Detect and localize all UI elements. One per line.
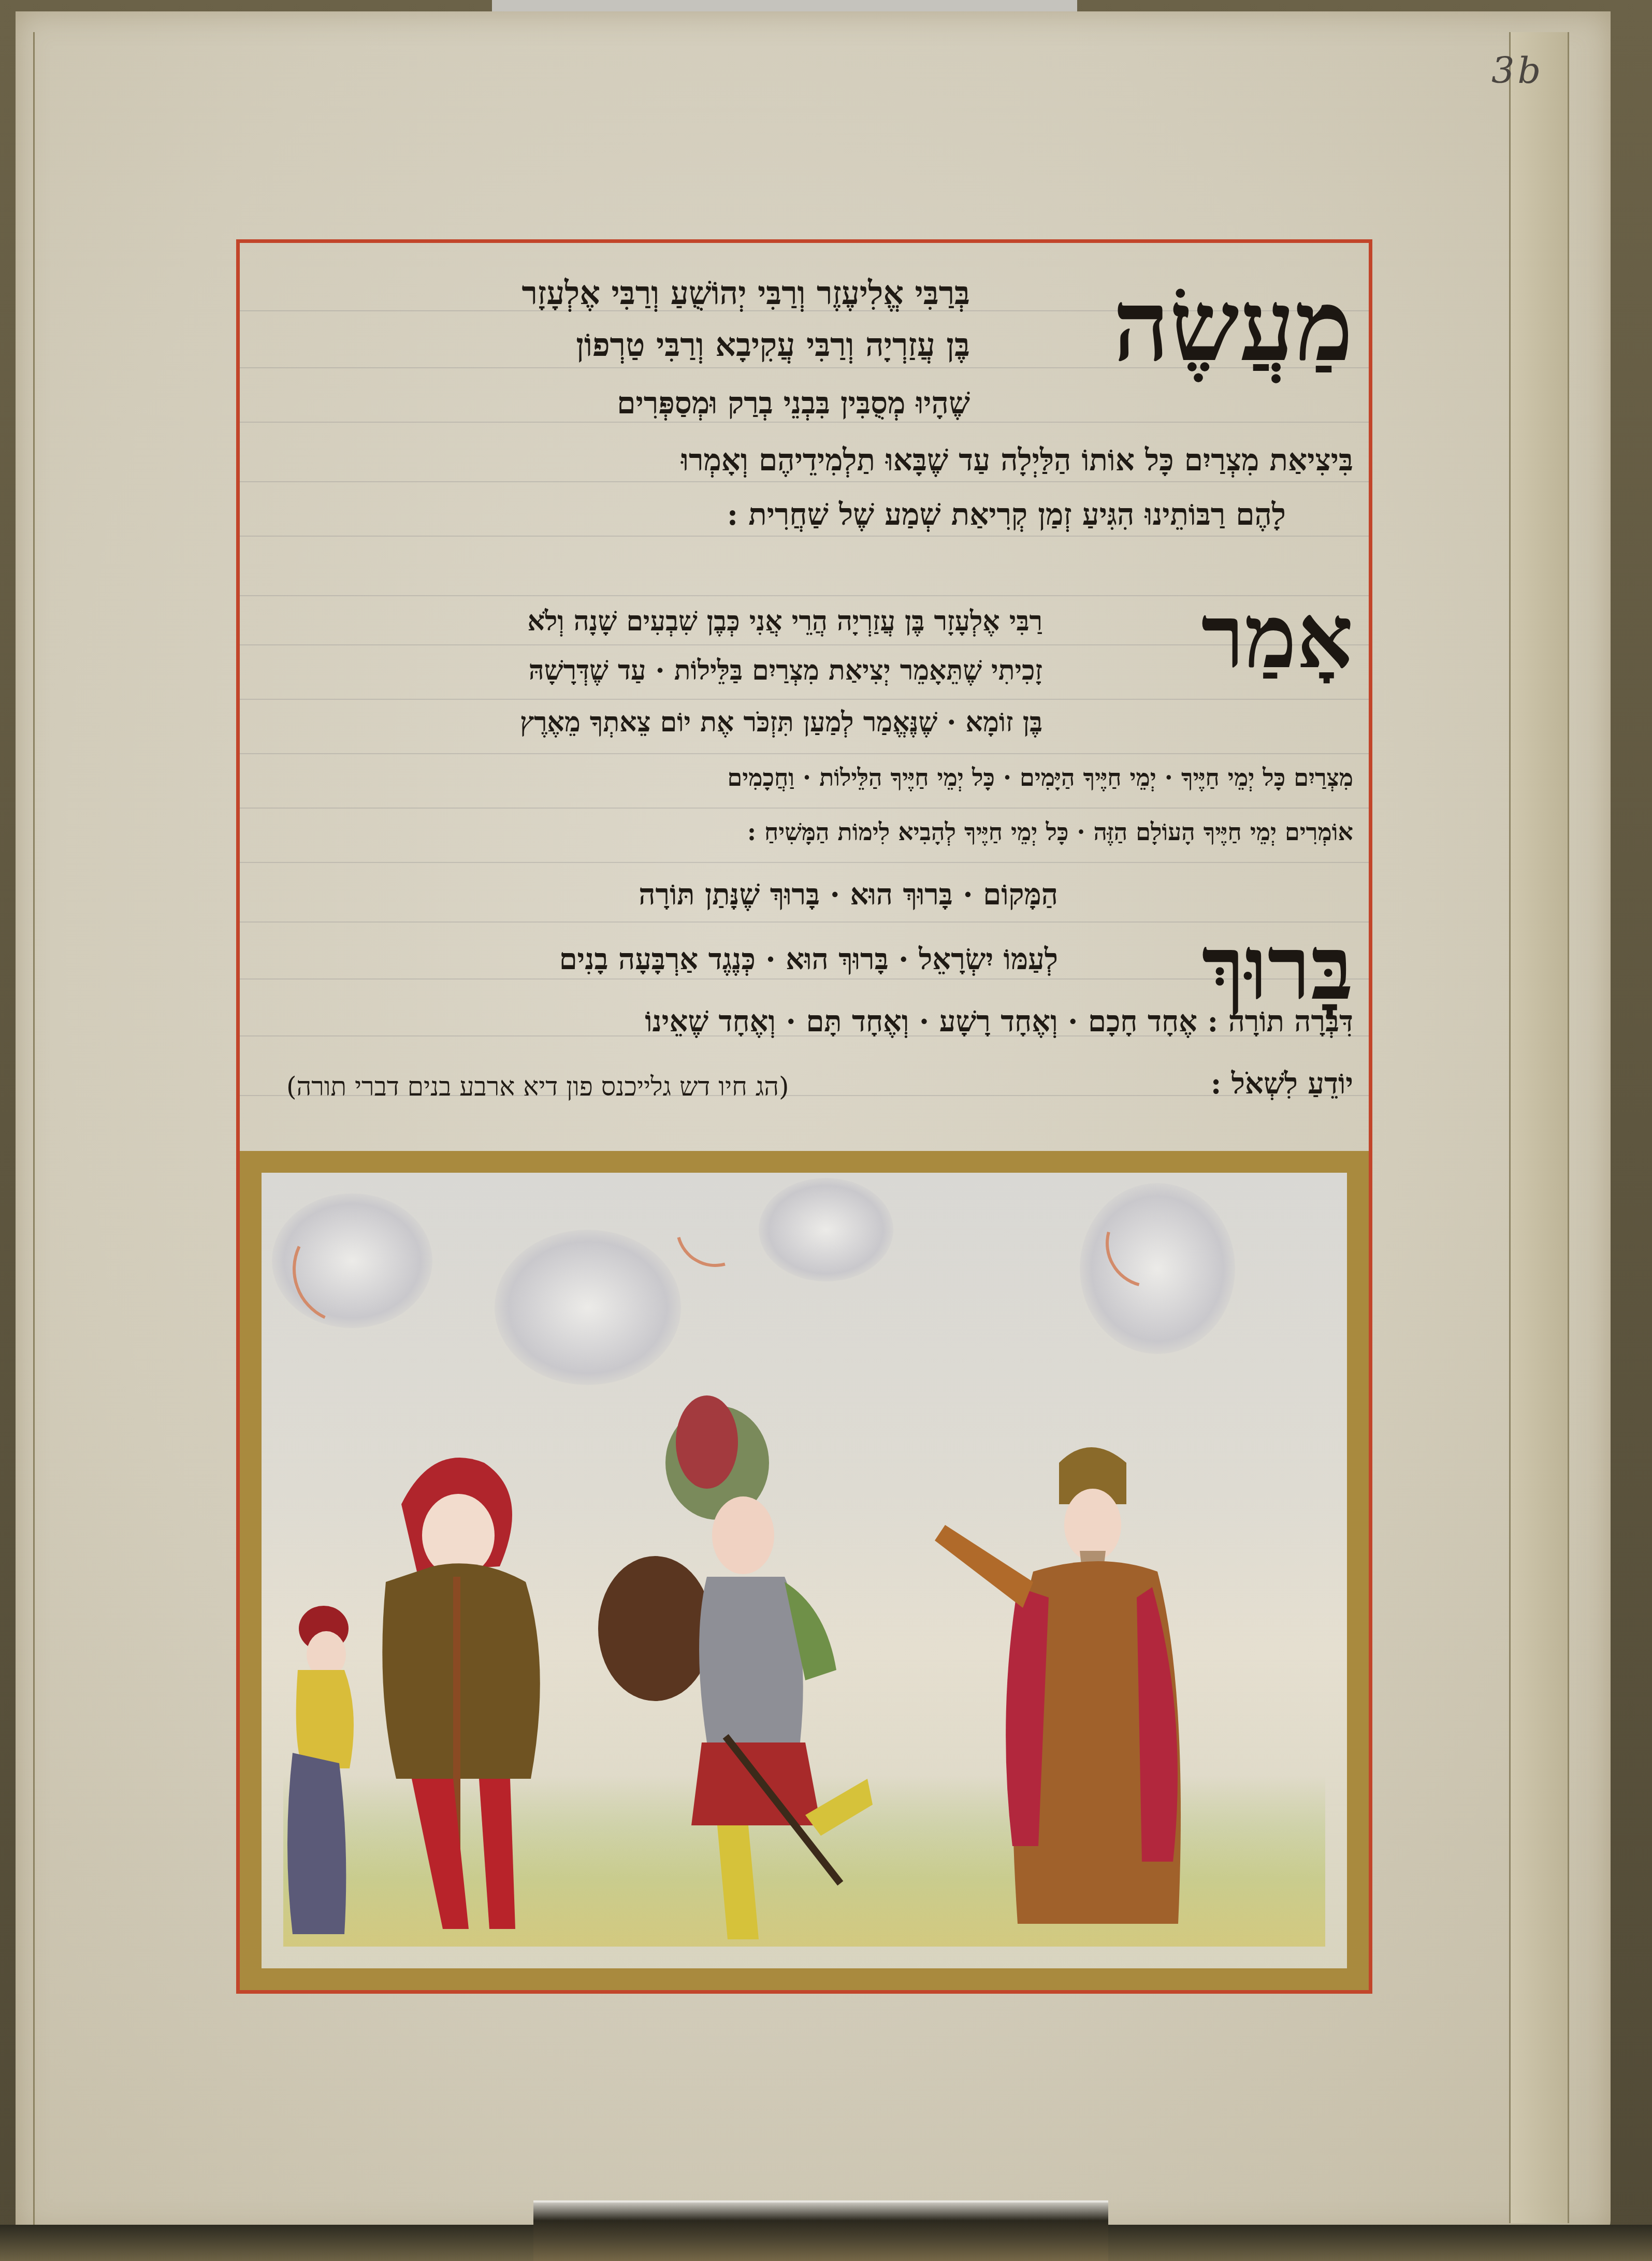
soldier-figure — [598, 1395, 873, 1939]
illustration-four-sons — [236, 1151, 1372, 1994]
figures-scene — [262, 1173, 1347, 1968]
text-line: בִּיצִיאַת מִצְרַיִם כָּל אוֹתוֹ הַלַּיְ… — [681, 442, 1353, 478]
initial-word-amar: אָמַר — [1201, 580, 1353, 694]
text-block: מַעֲשֶׂה אָמַר בָּרוּךְ בְּרַבִּי אֱלִיע… — [236, 239, 1372, 1160]
folio-number: 3b — [1491, 49, 1544, 92]
text-line: זָכִיתִי שֶׁתֵּאָמֵר יְצִיאַת מִצְרַיִם … — [529, 655, 1042, 686]
child-figure — [287, 1606, 354, 1934]
page-edge — [1509, 32, 1569, 2223]
gold-frame — [240, 1151, 1369, 1990]
initial-word-maaseh: מַעֲשֶׂה — [1113, 264, 1353, 388]
text-line: דִּבְּרָה תוֹרָה : אֶחָד חָכָם · וְאֶחָד… — [645, 1004, 1353, 1039]
text-line: בֶּן זוֹמָא · שֶׁנֶּאֱמַר לְמַעַן תִּזְכ… — [520, 707, 1042, 738]
text-line: יוֹדֵעַ לִשְׁאֹל : — [1211, 1067, 1353, 1101]
caption-line: (הג חיו דש גלייכנס פון דיא ארבע בנים דבר… — [286, 1072, 789, 1102]
text-line: לְעַמּוֹ יִשְׂרָאֵל · בָּרוּךְ הוּא · כְ… — [559, 942, 1058, 976]
youth-figure — [382, 1458, 540, 1929]
bottom-clip — [533, 2200, 1108, 2261]
text-line: שֶׁהָיוּ מְסֻבִּין בִּבְנֵי בְרַק וּמְסַ… — [617, 385, 970, 421]
text-line: בְּרַבִּי אֱלִיעֶזֶר וְרַבִּי יְהוֹשֻׁעַ… — [521, 274, 970, 312]
text-line: לָהֶם רַבּוֹתֵינוּ הִגִּיעַ זְמַן קְרִיא… — [727, 497, 1286, 532]
text-line: רַבִּי אֶלְעָזָר בֶּן עֲזַרְיָה הֲרֵי אֲ… — [528, 606, 1042, 637]
text-line: הַמָּקוֹם · בָּרוּךְ הוּא · בָּרוּךְ שֶׁ… — [639, 877, 1058, 912]
gutter-line — [33, 32, 35, 2234]
text-line: אוֹמְרִים יְמֵי חַיֶּיךָ הָעוֹלָם הַזֶּה… — [747, 818, 1353, 846]
text-line: מִצְרַיִם כָּל יְמֵי חַיֶּיךָ · יְמֵי חַ… — [728, 764, 1353, 791]
elder-figure — [935, 1447, 1181, 1924]
text-line: בֶּן עֲזַרְיָה וְרַבִּי עֲקִיבָא וְרַבִּ… — [576, 326, 970, 364]
